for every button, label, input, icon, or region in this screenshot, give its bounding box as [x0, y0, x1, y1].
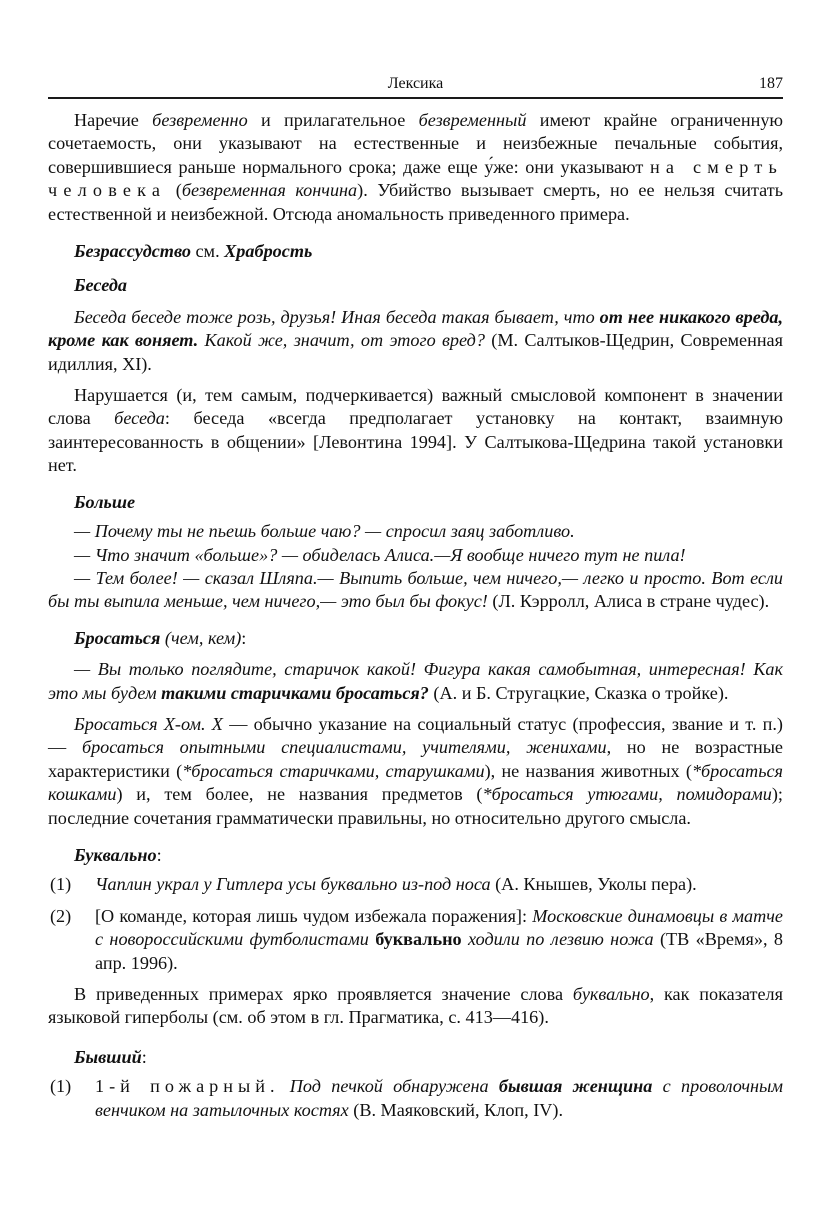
- text: В приведенных примерах ярко проявляется …: [74, 984, 573, 1004]
- entry-term: Бывший: [74, 1047, 142, 1067]
- context-note: [О команде, которая лишь чудом избежала …: [95, 906, 532, 926]
- running-head: Лексика 187: [48, 74, 783, 99]
- entry-heading-bezrassudstvo: Безрассудство см. Храбрость: [48, 240, 783, 263]
- quote-emphasis: буквально: [375, 929, 461, 949]
- text: ), не названия животных (: [485, 761, 692, 781]
- entry-heading-bolshe: Больше: [48, 491, 783, 514]
- cross-reference-link[interactable]: Храбрость: [224, 241, 312, 261]
- quote-text: Под печкой обнаружена: [280, 1076, 499, 1096]
- italic-term: Бросаться X-ом. X: [74, 714, 223, 734]
- book-page: Лексика 187 Наречие безвременно и прилаг…: [48, 74, 783, 1122]
- dialogue-line: — Тем более! — сказал Шляпа.— Выпить бол…: [48, 567, 783, 614]
- quote-source: (Л. Кэрролл, Алиса в стране чудес).: [488, 591, 769, 611]
- dialogue-line: — Почему ты не пьешь больше чаю? — спрос…: [48, 520, 783, 543]
- italic-example: *бросаться старичками, старушками: [182, 761, 484, 781]
- italic-term: безвременный: [419, 110, 527, 130]
- example-item: (1) 1-й пожарный. Под печкой обнаружена …: [48, 1075, 783, 1122]
- entry-heading-bukvalno: Буквально:: [48, 844, 783, 867]
- text: (: [166, 180, 182, 200]
- quote-text: ходили по лезвию ножа: [462, 929, 654, 949]
- italic-example: *бросаться утюгами, помидорами: [482, 784, 771, 804]
- dialogue-line: — Что значит «больше»? — обиделась Алиса…: [48, 544, 783, 567]
- colon: :: [157, 845, 162, 865]
- quote-text: Чаплин украл у Гитлера усы буквально из-…: [95, 874, 491, 894]
- example-body: Чаплин украл у Гитлера усы буквально из-…: [95, 873, 783, 896]
- quote-text: Какой же, значит, от этого вред?: [198, 330, 485, 350]
- text: и прилагательное: [248, 110, 419, 130]
- example-number: (2): [48, 905, 95, 975]
- example-item: (2) [О команде, которая лишь чудом избеж…: [48, 905, 783, 975]
- entry-term: Бросаться: [74, 628, 160, 648]
- entry-heading-beseda: Беседа: [48, 274, 783, 297]
- example-body: [О команде, которая лишь чудом избежала …: [95, 905, 783, 975]
- quote-text: — Что значит «больше»? — обиделась Алиса…: [74, 545, 686, 565]
- quote-text: Беседа беседе тоже розь, друзья! Иная бе…: [74, 307, 600, 327]
- text: Наречие: [74, 110, 152, 130]
- colon: :: [241, 628, 246, 648]
- quote-source: (А. Кнышев, Уколы пера).: [491, 874, 697, 894]
- page-number: 187: [759, 74, 783, 94]
- quote-emphasis: такими старичками бросаться?: [161, 683, 429, 703]
- see-reference: см.: [191, 241, 224, 261]
- paragraph-bezvremenno: Наречие безвременно и прилагательное без…: [48, 109, 783, 226]
- quote-text: — Почему ты не пьешь больше чаю? — спрос…: [74, 521, 575, 541]
- text: ) и, тем более, не названия предметов (: [117, 784, 483, 804]
- italic-term: безвременно: [152, 110, 248, 130]
- comment-brosatsya: Бросаться X-ом. X — обычно указание на с…: [48, 713, 783, 830]
- example-number: (1): [48, 1075, 95, 1122]
- government-pattern: (чем, кем): [160, 628, 241, 648]
- quote-source: (В. Маяковский, Клоп, IV).: [349, 1100, 563, 1120]
- comment-beseda: Нарушается (и, тем самым, подчеркивается…: [48, 384, 783, 478]
- example-body: 1-й пожарный. Под печкой обнаружена бывш…: [95, 1075, 783, 1122]
- italic-example: бросаться опытными специалистами, учител…: [82, 737, 607, 757]
- example-item: (1) Чаплин украл у Гитлера усы буквально…: [48, 873, 783, 896]
- italic-term: буквально: [573, 984, 650, 1004]
- entry-heading-byvshiy: Бывший:: [48, 1046, 783, 1069]
- entry-term: Больше: [74, 492, 135, 512]
- colon: :: [142, 1047, 147, 1067]
- italic-example: безвременная кончина: [182, 180, 357, 200]
- entry-term: Буквально: [74, 845, 157, 865]
- speaker-label: 1-й пожарный.: [95, 1076, 280, 1096]
- running-title: Лексика: [48, 74, 783, 94]
- example-number: (1): [48, 873, 95, 896]
- comment-bukvalno: В приведенных примерах ярко проявляется …: [48, 983, 783, 1030]
- quote-beseda: Беседа беседе тоже розь, друзья! Иная бе…: [48, 306, 783, 376]
- italic-term: беседа: [114, 408, 165, 428]
- quote-emphasis: бывшая женщина: [499, 1076, 652, 1096]
- entry-term: Безрассудство: [74, 241, 191, 261]
- quote-source: (А. и Б. Стругацкие, Сказка о тройке).: [429, 683, 729, 703]
- entry-term: Беседа: [74, 275, 127, 295]
- quote-brosatsya: — Вы только поглядите, старичок какой! Ф…: [48, 658, 783, 705]
- entry-heading-brosatsya: Бросаться (чем, кем):: [48, 627, 783, 650]
